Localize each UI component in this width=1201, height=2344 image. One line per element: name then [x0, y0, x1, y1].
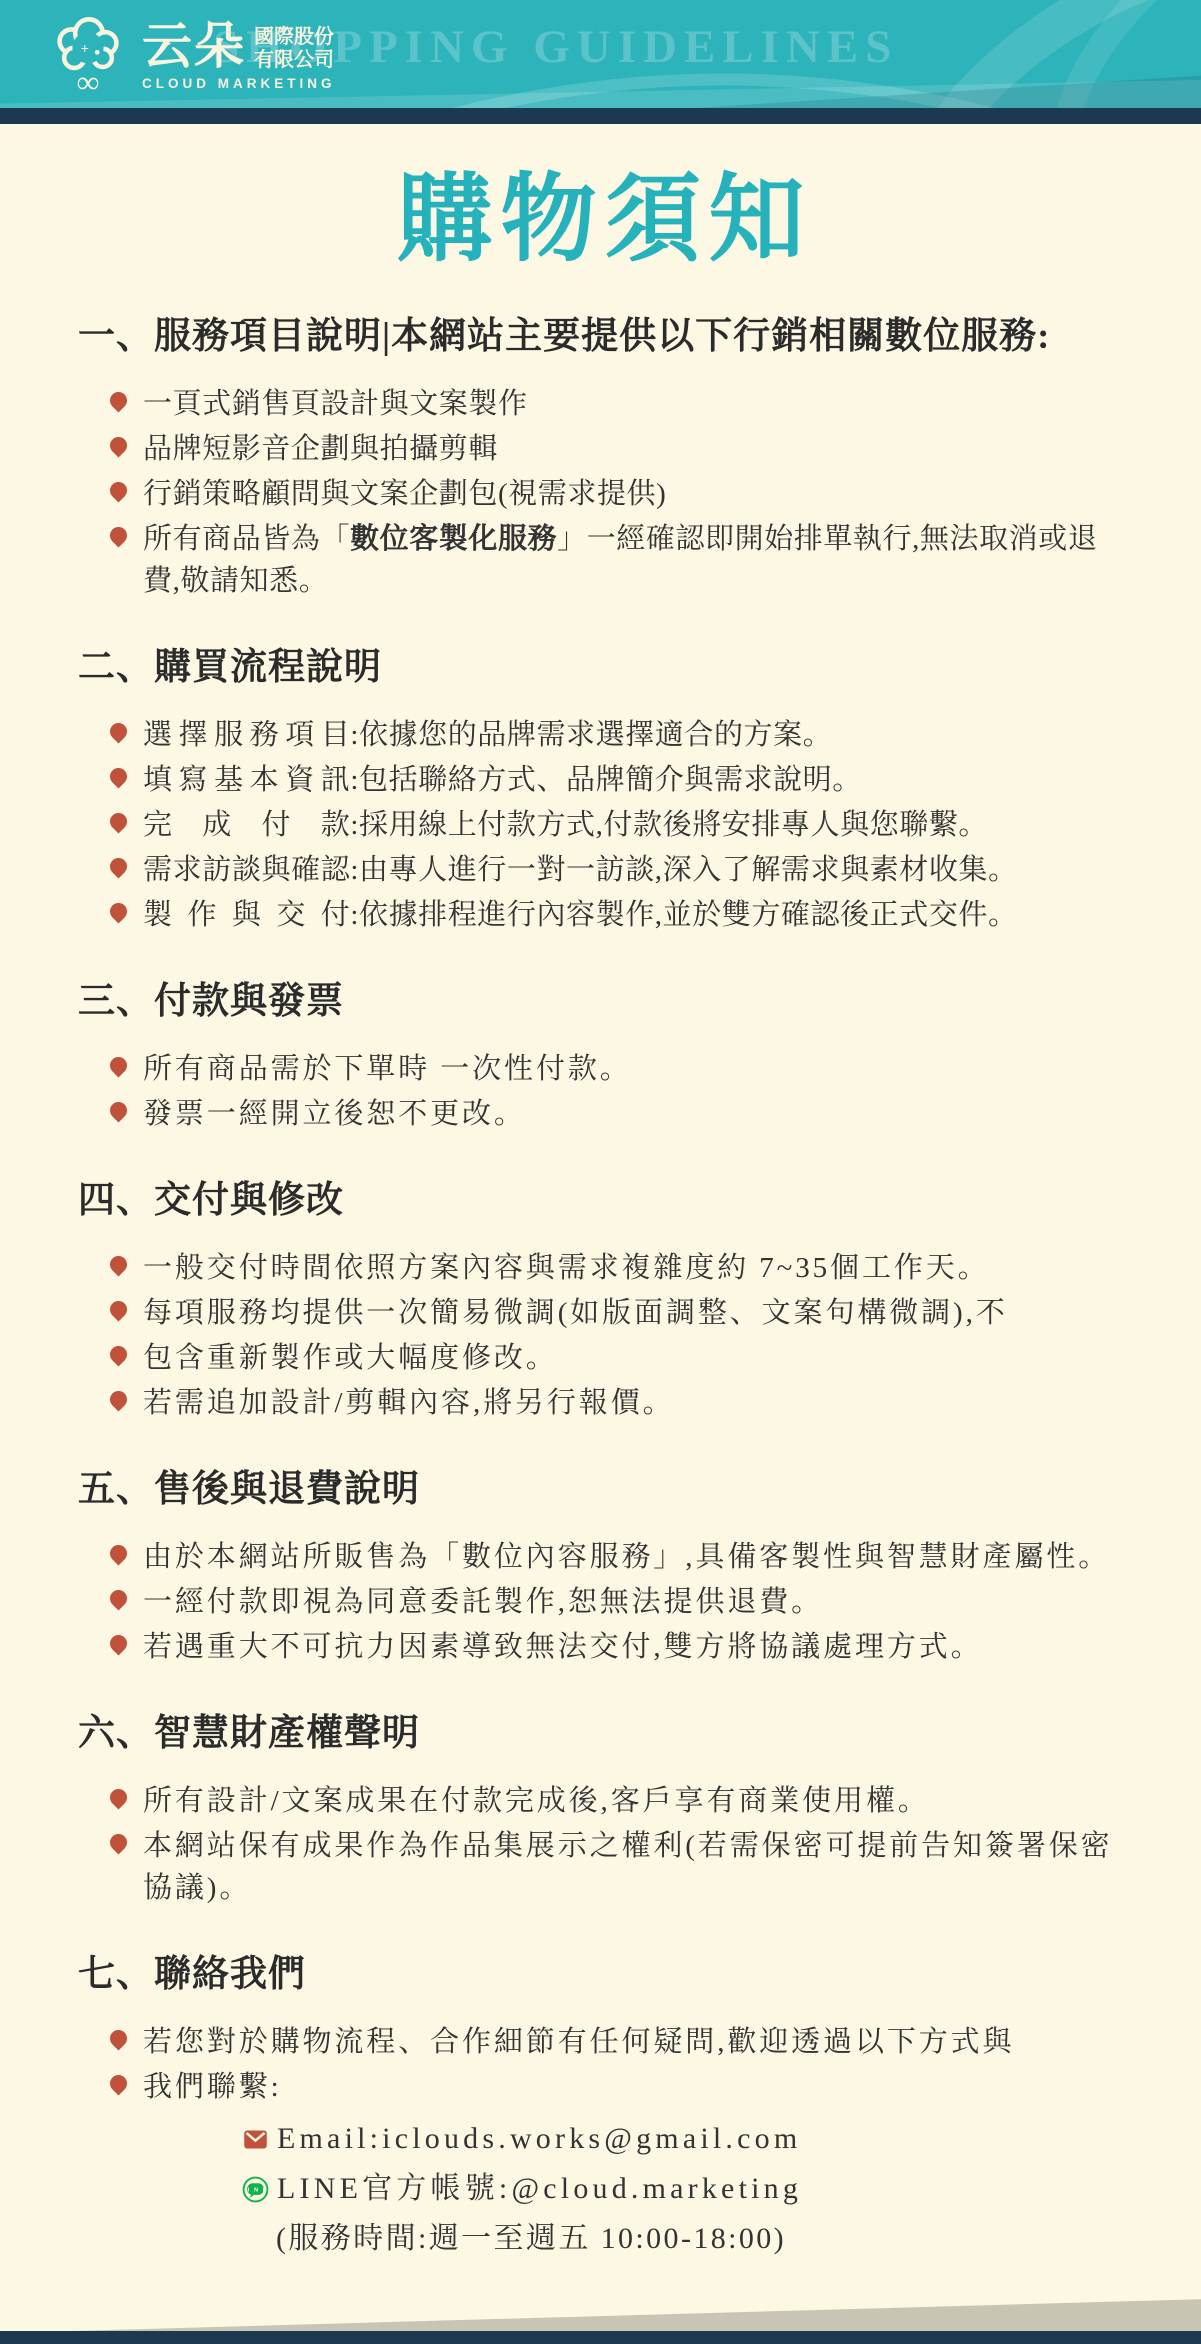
- list-item: 一般交付時間依照方案內容與需求複雜度約 7~35個工作天。: [110, 1247, 1131, 1289]
- contact-email: Email:iclouds.works@gmail.com: [277, 2114, 801, 2164]
- bullet-text: 一經付款即視為同意委託製作,恕無法提供退費。: [143, 1581, 823, 1623]
- list-item: 包含重新製作或大幅度修改。: [110, 1337, 1131, 1379]
- line-app-icon: LINE: [242, 2176, 269, 2203]
- section-heading: 七、聯絡我們: [78, 1951, 1131, 1999]
- list-item: 發票一經開立後恕不更改。: [110, 1093, 1131, 1135]
- contact-block: Email:iclouds.works@gmail.com LINE LINE官…: [78, 2114, 1131, 2260]
- section: 六、智慧財產權聲明 所有設計/文案成果在付款完成後,客戶享有商業使用權。本網站保…: [78, 1710, 1131, 1909]
- footer-bar: [0, 2331, 1201, 2344]
- header-banner: SHOPPING GUIDELINES + ∞ 云朵: [0, 0, 1201, 108]
- bullet-text: 製作與交付:依據排程進行內容製作,並於雙方確認後正式交件。: [143, 894, 1018, 936]
- bullet-label: 選擇服務項目: [143, 714, 350, 756]
- list-item: 選擇服務項目:依據您的品牌需求選擇適合的方案。: [110, 714, 1131, 756]
- bullet-text: 包含重新製作或大幅度修改。: [143, 1337, 558, 1379]
- page: SHOPPING GUIDELINES + ∞ 云朵: [0, 0, 1201, 2344]
- bullet-pin-icon: [106, 523, 130, 547]
- bullet-text: 所有設計/文案成果在付款完成後,客戶享有商業使用權。: [143, 1780, 930, 1822]
- brand-sub-line1: 國際股份: [254, 26, 334, 49]
- svg-text:∞: ∞: [77, 65, 99, 100]
- section-number: 六、: [78, 1713, 154, 1754]
- bullet-pin-icon: [106, 1632, 130, 1656]
- section-number: 七、: [78, 1954, 154, 1995]
- bullet-text: 若遇重大不可抗力因素導致無法交付,雙方將協議處理方式。: [143, 1626, 983, 1668]
- bullet-pin-icon: [106, 1542, 130, 1566]
- bullet-pin-icon: [106, 1099, 130, 1123]
- header-bottom-strip: [0, 108, 1201, 124]
- contact-email-line: Email:iclouds.works@gmail.com: [242, 2114, 1131, 2164]
- bullet-pin-icon: [106, 1388, 130, 1412]
- section-heading: 一、服務項目說明|本網站主要提供以下行銷相關數位服務:: [78, 313, 1131, 361]
- bullet-pin-icon: [106, 1587, 130, 1611]
- bullet-text: 選擇服務項目:依據您的品牌需求選擇適合的方案。: [143, 714, 832, 756]
- bullet-text: 由於本網站所販售為「數位內容服務」,具備客製性與智慧財產屬性。: [143, 1536, 1110, 1578]
- bullet-pin-icon: [106, 1298, 130, 1322]
- bullet-text: 完成付款:採用線上付款方式,付款後將安排專人與您聯繫。: [143, 804, 988, 846]
- brand-name-cn: 云朵: [142, 21, 246, 71]
- sections: 一、服務項目說明|本網站主要提供以下行銷相關數位服務: 一頁式銷售頁設計與文案製…: [78, 313, 1131, 2109]
- bullet-pin-icon: [106, 1786, 130, 1810]
- section-heading: 三、付款與發票: [78, 978, 1131, 1026]
- list-item: 若您對於購物流程、合作細節有任何疑問,歡迎透過以下方式與: [110, 2021, 1131, 2063]
- footer-wedge: [0, 2292, 1201, 2332]
- section-heading: 四、交付與修改: [78, 1177, 1131, 1225]
- list-item: 所有設計/文案成果在付款完成後,客戶享有商業使用權。: [110, 1780, 1131, 1822]
- svg-text:LINE: LINE: [242, 2187, 269, 2193]
- bullet-pin-icon: [106, 433, 130, 457]
- list-item: 一經付款即視為同意委託製作,恕無法提供退費。: [110, 1581, 1131, 1623]
- list-item: 所有商品需於下單時 一次性付款。: [110, 1048, 1131, 1090]
- section: 七、聯絡我們 若您對於購物流程、合作細節有任何疑問,歡迎透過以下方式與我們聯繫:: [78, 1951, 1131, 2108]
- list-item: 所有商品皆為「數位客製化服務」一經確認即開始排單執行,無法取消或退費,敬請知悉。: [110, 518, 1131, 602]
- bullet-text: 行銷策略顧問與文案企劃包(視需求提供): [143, 473, 666, 515]
- bullet-list: 一般交付時間依照方案內容與需求複雜度約 7~35個工作天。每項服務均提供一次簡易…: [78, 1247, 1131, 1424]
- page-title: 購物須知: [78, 170, 1131, 271]
- bullet-pin-icon: [106, 1054, 130, 1078]
- bullet-text: 每項服務均提供一次簡易微調(如版面調整、文案句構微調),不: [143, 1292, 1008, 1334]
- section-title: 售後與退費說明: [154, 1469, 420, 1510]
- contact-hours: (服務時間:週一至週五 10:00-18:00): [276, 2214, 786, 2260]
- bullet-pin-icon: [106, 764, 130, 788]
- section-number: 三、: [78, 981, 154, 1022]
- section-heading: 六、智慧財產權聲明: [78, 1710, 1131, 1758]
- section-heading: 五、售後與退費說明: [78, 1466, 1131, 1514]
- section-number: 二、: [78, 647, 154, 688]
- bullet-pin-icon: [106, 2027, 130, 2051]
- section-title: 交付與修改: [154, 1180, 344, 1221]
- bullet-pin-icon: [106, 719, 130, 743]
- list-item: 行銷策略顧問與文案企劃包(視需求提供): [110, 473, 1131, 515]
- bullet-text: 品牌短影音企劃與拍攝剪輯: [143, 428, 498, 470]
- bullet-pin-icon: [106, 1253, 130, 1277]
- contact-hours-line: (服務時間:週一至週五 10:00-18:00): [242, 2214, 1131, 2260]
- bullet-list: 選擇服務項目:依據您的品牌需求選擇適合的方案。填寫基本資訊:包括聯絡方式、品牌簡…: [78, 714, 1131, 936]
- bullet-text: 若您對於購物流程、合作細節有任何疑問,歡迎透過以下方式與: [143, 2021, 1014, 2063]
- list-item: 本網站保有成果作為作品集展示之權利(若需保密可提前告知簽署保密協議)。: [110, 1825, 1131, 1909]
- list-item: 品牌短影音企劃與拍攝剪輯: [110, 428, 1131, 470]
- section-title: 付款與發票: [154, 981, 344, 1022]
- bullet-text: 一頁式銷售頁設計與文案製作: [143, 383, 528, 425]
- brand-name-en: CLOUD MARKETING: [142, 76, 336, 91]
- list-item: 由於本網站所販售為「數位內容服務」,具備客製性與智慧財產屬性。: [110, 1536, 1131, 1578]
- list-item: 一頁式銷售頁設計與文案製作: [110, 383, 1131, 425]
- bullet-label: 填寫基本資訊: [143, 759, 350, 801]
- bullet-text: 我們聯繫:: [143, 2066, 282, 2108]
- bullet-text: 本網站保有成果作為作品集展示之權利(若需保密可提前告知簽署保密協議)。: [143, 1825, 1131, 1909]
- section-number: 五、: [78, 1469, 154, 1510]
- section-title: 服務項目說明|本網站主要提供以下行銷相關數位服務:: [154, 316, 1050, 357]
- section-number: 一、: [78, 316, 154, 357]
- bullet-list: 一頁式銷售頁設計與文案製作品牌短影音企劃與拍攝剪輯行銷策略顧問與文案企劃包(視需…: [78, 383, 1131, 602]
- bullet-text: 所有商品需於下單時 一次性付款。: [143, 1048, 632, 1090]
- section: 一、服務項目說明|本網站主要提供以下行銷相關數位服務: 一頁式銷售頁設計與文案製…: [78, 313, 1131, 602]
- list-item: 每項服務均提供一次簡易微調(如版面調整、文案句構微調),不: [110, 1292, 1131, 1334]
- bullet-list: 所有設計/文案成果在付款完成後,客戶享有商業使用權。本網站保有成果作為作品集展示…: [78, 1780, 1131, 1909]
- section-heading: 二、購買流程說明: [78, 644, 1131, 692]
- list-item: 我們聯繫:: [110, 2066, 1131, 2108]
- list-item: 填寫基本資訊:包括聯絡方式、品牌簡介與需求說明。: [110, 759, 1131, 801]
- bullet-pin-icon: [106, 478, 130, 502]
- bullet-text: 若需追加設計/剪輯內容,將另行報價。: [143, 1382, 675, 1424]
- section-title: 聯絡我們: [154, 1954, 306, 1995]
- list-item: 製作與交付:依據排程進行內容製作,並於雙方確認後正式交件。: [110, 894, 1131, 936]
- bullet-pin-icon: [106, 1343, 130, 1367]
- bullet-label: 完成付款: [143, 804, 350, 846]
- bullet-pin-icon: [106, 809, 130, 833]
- bullet-list: 由於本網站所販售為「數位內容服務」,具備客製性與智慧財產屬性。一經付款即視為同意…: [78, 1536, 1131, 1668]
- section: 五、售後與退費說明 由於本網站所販售為「數位內容服務」,具備客製性與智慧財產屬性…: [78, 1466, 1131, 1668]
- contact-line-line: LINE LINE官方帳號:@cloud.marketing: [242, 2164, 1131, 2214]
- list-item: 需求訪談與確認:由專人進行一對一訪談,深入了解需求與素材收集。: [110, 849, 1131, 891]
- bullet-text: 一般交付時間依照方案內容與需求複雜度約 7~35個工作天。: [143, 1247, 990, 1289]
- bullet-pin-icon: [106, 854, 130, 878]
- section-number: 四、: [78, 1180, 154, 1221]
- section: 二、購買流程說明 選擇服務項目:依據您的品牌需求選擇適合的方案。填寫基本資訊:包…: [78, 644, 1131, 936]
- footer: [0, 2260, 1201, 2344]
- section: 四、交付與修改 一般交付時間依照方案內容與需求複雜度約 7~35個工作天。每項服…: [78, 1177, 1131, 1424]
- brand-logo: + ∞ 云朵 國際股份 有限公司 CLOUD MARKETING: [44, 12, 336, 100]
- list-item: 若需追加設計/剪輯內容,將另行報價。: [110, 1382, 1131, 1424]
- contact-line: LINE官方帳號:@cloud.marketing: [277, 2164, 802, 2214]
- cloud-logo-icon: + ∞: [44, 12, 132, 100]
- section-title: 智慧財產權聲明: [154, 1713, 420, 1754]
- bullet-label: 製作與交付: [143, 894, 350, 936]
- bullet-text: 所有商品皆為「數位客製化服務」一經確認即開始排單執行,無法取消或退費,敬請知悉。: [143, 518, 1131, 602]
- bullet-pin-icon: [106, 388, 130, 412]
- bullet-text: 需求訪談與確認:由專人進行一對一訪談,深入了解需求與素材收集。: [143, 849, 1018, 891]
- list-item: 若遇重大不可抗力因素導致無法交付,雙方將協議處理方式。: [110, 1626, 1131, 1668]
- bullet-list: 所有商品需於下單時 一次性付款。發票一經開立後恕不更改。: [78, 1048, 1131, 1135]
- bullet-pin-icon: [106, 1831, 130, 1855]
- bullet-list: 若您對於購物流程、合作細節有任何疑問,歡迎透過以下方式與我們聯繫:: [78, 2021, 1131, 2108]
- envelope-icon: [242, 2126, 269, 2153]
- svg-text:+: +: [81, 41, 89, 57]
- list-item: 完成付款:採用線上付款方式,付款後將安排專人與您聯繫。: [110, 804, 1131, 846]
- content: 購物須知 一、服務項目說明|本網站主要提供以下行銷相關數位服務: 一頁式銷售頁設…: [0, 124, 1201, 2260]
- bullet-text: 發票一經開立後恕不更改。: [143, 1093, 526, 1135]
- bullet-pin-icon: [106, 899, 130, 923]
- bullet-pin-icon: [106, 2072, 130, 2096]
- bullet-label: 需求訪談與確認: [143, 849, 350, 891]
- bullet-text: 填寫基本資訊:包括聯絡方式、品牌簡介與需求說明。: [143, 759, 862, 801]
- section-title: 購買流程說明: [154, 647, 382, 688]
- section: 三、付款與發票 所有商品需於下單時 一次性付款。發票一經開立後恕不更改。: [78, 978, 1131, 1135]
- brand-sub-line2: 有限公司: [254, 49, 334, 72]
